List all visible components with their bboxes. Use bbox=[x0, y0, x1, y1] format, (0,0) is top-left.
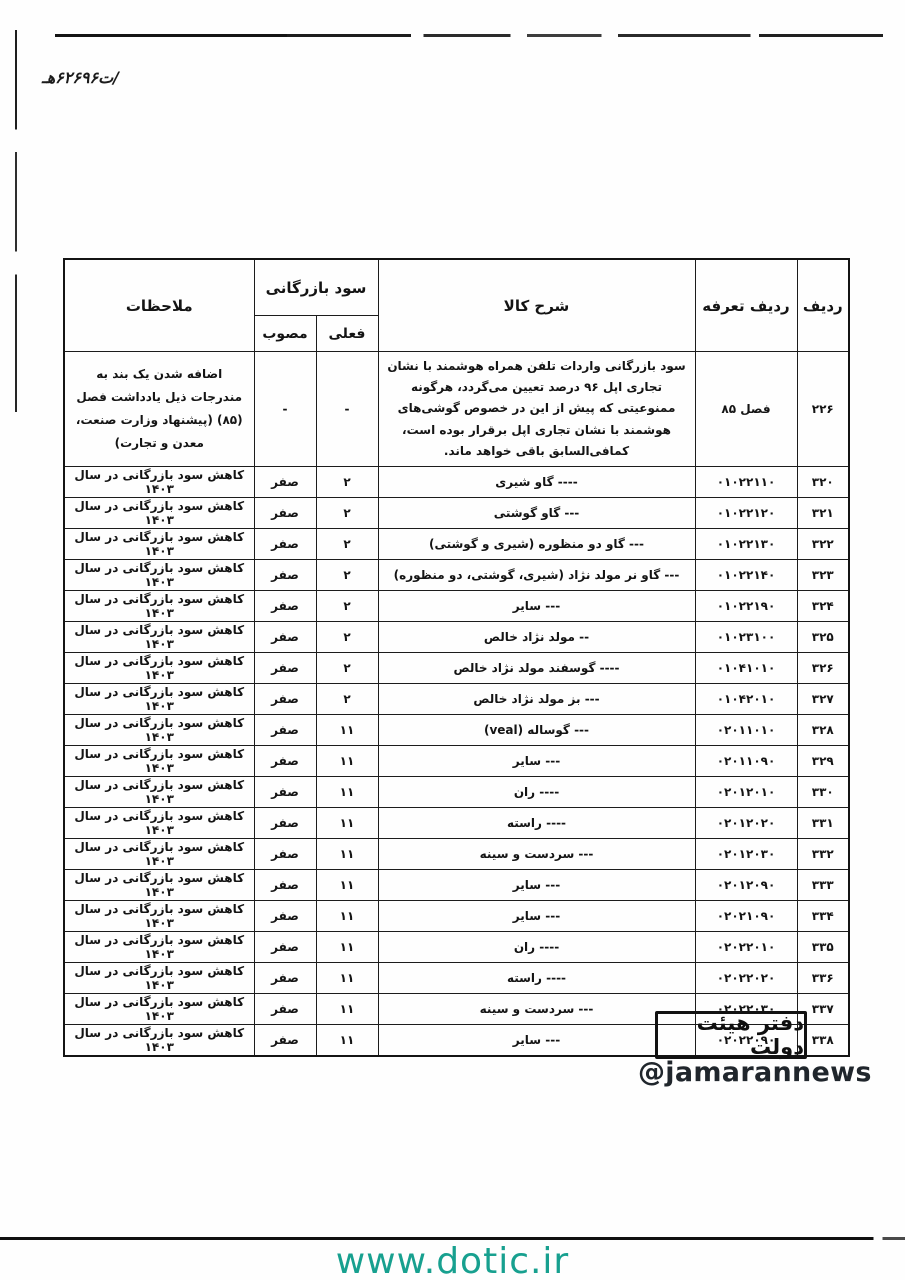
cell-approved: صفر bbox=[254, 932, 316, 963]
cell-description: --- سایر bbox=[378, 870, 695, 901]
cell-approved: صفر bbox=[254, 467, 316, 498]
cell-radif: ۳۳۶ bbox=[797, 963, 849, 994]
cell-approved: صفر bbox=[254, 653, 316, 684]
cell-approved: - bbox=[254, 352, 316, 467]
cell-approved: صفر bbox=[254, 994, 316, 1025]
cell-current: ۱۱ bbox=[316, 994, 378, 1025]
cell-description: --- سردست و سینه bbox=[378, 839, 695, 870]
header-remarks: ملاحظات bbox=[64, 259, 254, 352]
cell-current: ۱۱ bbox=[316, 901, 378, 932]
cell-approved: صفر bbox=[254, 622, 316, 653]
cell-remarks: اضافه شدن یک بند به مندرجات ذیل یادداشت … bbox=[64, 352, 254, 467]
stamp-label: دفتر هیئت دولت bbox=[658, 1011, 804, 1059]
cell-radif: ۳۳۲ bbox=[797, 839, 849, 870]
cell-tariff: ۰۲۰۱۲۰۲۰ bbox=[695, 808, 797, 839]
table-row: ۳۲۸ ۰۲۰۱۱۰۱۰ --- گوساله (veal) ۱۱ صفر کا… bbox=[64, 715, 849, 746]
cell-remarks: کاهش سود بازرگانی در سال ۱۴۰۳ bbox=[64, 963, 254, 994]
cell-remarks: کاهش سود بازرگانی در سال ۱۴۰۳ bbox=[64, 839, 254, 870]
cell-description: ---- ران bbox=[378, 777, 695, 808]
table-row: ۳۳۰ ۰۲۰۱۲۰۱۰ ---- ران ۱۱ صفر کاهش سود با… bbox=[64, 777, 849, 808]
cell-current: ۲ bbox=[316, 498, 378, 529]
table-row: ۳۳۶ ۰۲۰۲۲۰۲۰ ---- راسته ۱۱ صفر کاهش سود … bbox=[64, 963, 849, 994]
cell-description: ---- راسته bbox=[378, 808, 695, 839]
cell-radif: ۳۲۶ bbox=[797, 653, 849, 684]
cell-tariff: ۰۲۰۲۲۰۲۰ bbox=[695, 963, 797, 994]
cell-radif: ۳۲۲ bbox=[797, 529, 849, 560]
cell-radif: ۳۲۳ bbox=[797, 560, 849, 591]
table-row: ۳۲۶ ۰۱۰۴۱۰۱۰ ---- گوسفند مولد نژاد خالص … bbox=[64, 653, 849, 684]
cell-current: ۲ bbox=[316, 529, 378, 560]
table-row: ۳۲۲ ۰۱۰۲۲۱۳۰ --- گاو دو منظوره (شیری و گ… bbox=[64, 529, 849, 560]
cell-approved: صفر bbox=[254, 777, 316, 808]
cell-current: - bbox=[316, 352, 378, 467]
header-tariff-row: ردیف تعرفه bbox=[695, 259, 797, 352]
cell-radif: ۳۳۵ bbox=[797, 932, 849, 963]
cell-description: --- سایر bbox=[378, 746, 695, 777]
table-row: ۳۲۱ ۰۱۰۲۲۱۲۰ --- گاو گوشتی ۲ صفر کاهش سو… bbox=[64, 498, 849, 529]
cell-description: --- گاو دو منظوره (شیری و گوشتی) bbox=[378, 529, 695, 560]
cell-remarks: کاهش سود بازرگانی در سال ۱۴۰۳ bbox=[64, 994, 254, 1025]
cell-tariff: ۰۱۰۲۲۱۳۰ bbox=[695, 529, 797, 560]
cell-description: --- گاو گوشتی bbox=[378, 498, 695, 529]
cell-tariff: ۰۲۰۲۲۰۱۰ bbox=[695, 932, 797, 963]
cell-tariff: ۰۱۰۲۲۱۱۰ bbox=[695, 467, 797, 498]
cell-approved: صفر bbox=[254, 684, 316, 715]
cell-radif: ۳۲۴ bbox=[797, 591, 849, 622]
cell-radif: ۳۳۴ bbox=[797, 901, 849, 932]
footer-url: www.dotic.ir bbox=[0, 1241, 905, 1280]
cell-current: ۱۱ bbox=[316, 932, 378, 963]
cell-approved: صفر bbox=[254, 1025, 316, 1057]
cell-remarks: کاهش سود بازرگانی در سال ۱۴۰۳ bbox=[64, 870, 254, 901]
cell-current: ۲ bbox=[316, 591, 378, 622]
cell-remarks: کاهش سود بازرگانی در سال ۱۴۰۳ bbox=[64, 529, 254, 560]
cell-remarks: کاهش سود بازرگانی در سال ۱۴۰۳ bbox=[64, 1025, 254, 1057]
cell-current: ۱۱ bbox=[316, 870, 378, 901]
cell-approved: صفر bbox=[254, 808, 316, 839]
cell-approved: صفر bbox=[254, 839, 316, 870]
cell-current: ۲ bbox=[316, 684, 378, 715]
table-row: ۳۲۷ ۰۱۰۴۲۰۱۰ --- بز مولد نژاد خالص ۲ صفر… bbox=[64, 684, 849, 715]
cell-tariff: ۰۲۰۲۱۰۹۰ bbox=[695, 901, 797, 932]
table-row: ۳۲۵ ۰۱۰۲۳۱۰۰ -- مولد نژاد خالص ۲ صفر کاه… bbox=[64, 622, 849, 653]
cell-radif: ۳۲۷ bbox=[797, 684, 849, 715]
cell-approved: صفر bbox=[254, 746, 316, 777]
cell-description: ---- گوسفند مولد نژاد خالص bbox=[378, 653, 695, 684]
cell-tariff: فصل ۸۵ bbox=[695, 352, 797, 467]
cell-description: --- سردست و سینه bbox=[378, 994, 695, 1025]
cell-description: ---- راسته bbox=[378, 963, 695, 994]
cell-description: سود بازرگانی واردات تلفن همراه هوشمند با… bbox=[378, 352, 695, 467]
scan-edge-top-line bbox=[55, 34, 883, 37]
cell-radif: ۳۲۱ bbox=[797, 498, 849, 529]
table-row: ۳۲۹ ۰۲۰۱۱۰۹۰ --- سایر ۱۱ صفر کاهش سود با… bbox=[64, 746, 849, 777]
cell-description: --- سایر bbox=[378, 1025, 695, 1057]
table-row: ۳۳۱ ۰۲۰۱۲۰۲۰ ---- راسته ۱۱ صفر کاهش سود … bbox=[64, 808, 849, 839]
cell-radif: ۳۲۰ bbox=[797, 467, 849, 498]
footer-divider-line bbox=[0, 1237, 905, 1240]
header-description: شرح کالا bbox=[378, 259, 695, 352]
cell-radif: ۳۲۸ bbox=[797, 715, 849, 746]
table-row: ۳۲۳ ۰۱۰۲۲۱۴۰ --- گاو نر مولد نژاد (شیری،… bbox=[64, 560, 849, 591]
cell-radif: ۳۳۳ bbox=[797, 870, 849, 901]
table-row: ۳۳۲ ۰۲۰۱۲۰۳۰ --- سردست و سینه ۱۱ صفر کاه… bbox=[64, 839, 849, 870]
cell-description: --- سایر bbox=[378, 901, 695, 932]
cell-description: ---- گاو شیری bbox=[378, 467, 695, 498]
cell-description: --- گاو نر مولد نژاد (شیری، گوشتی، دو من… bbox=[378, 560, 695, 591]
cell-tariff: ۰۱۰۲۲۱۴۰ bbox=[695, 560, 797, 591]
scanned-document-page: { "page": { "doc_number": "/ت۶۲۶۹۶هـ", "… bbox=[0, 0, 905, 1280]
cell-current: ۲ bbox=[316, 622, 378, 653]
cell-tariff: ۰۲۰۱۲۰۳۰ bbox=[695, 839, 797, 870]
tariff-table-header: ردیف ردیف تعرفه شرح کالا سود بازرگانی مل… bbox=[64, 259, 849, 352]
cell-tariff: ۰۱۰۴۱۰۱۰ bbox=[695, 653, 797, 684]
cell-current: ۱۱ bbox=[316, 808, 378, 839]
cell-current: ۱۱ bbox=[316, 963, 378, 994]
cell-current: ۱۱ bbox=[316, 715, 378, 746]
table-row: ۳۲۴ ۰۱۰۲۲۱۹۰ --- سایر ۲ صفر کاهش سود باز… bbox=[64, 591, 849, 622]
cell-remarks: کاهش سود بازرگانی در سال ۱۴۰۳ bbox=[64, 901, 254, 932]
table-row: ۳۳۳ ۰۲۰۱۲۰۹۰ --- سایر ۱۱ صفر کاهش سود با… bbox=[64, 870, 849, 901]
cell-tariff: ۰۱۰۲۲۱۲۰ bbox=[695, 498, 797, 529]
cell-approved: صفر bbox=[254, 591, 316, 622]
channel-watermark: @jamarannews bbox=[638, 1057, 838, 1088]
cell-current: ۱۱ bbox=[316, 746, 378, 777]
cell-tariff: ۰۲۰۱۲۰۹۰ bbox=[695, 870, 797, 901]
cell-approved: صفر bbox=[254, 498, 316, 529]
cell-approved: صفر bbox=[254, 963, 316, 994]
cell-radif: ۳۳۱ bbox=[797, 808, 849, 839]
cell-tariff: ۰۱۰۲۲۱۹۰ bbox=[695, 591, 797, 622]
cell-remarks: کاهش سود بازرگانی در سال ۱۴۰۳ bbox=[64, 932, 254, 963]
cell-description: --- بز مولد نژاد خالص bbox=[378, 684, 695, 715]
cell-tariff: ۰۱۰۲۳۱۰۰ bbox=[695, 622, 797, 653]
document-number: /ت۶۲۶۹۶هـ bbox=[42, 68, 119, 87]
cell-tariff: ۰۲۰۱۱۰۹۰ bbox=[695, 746, 797, 777]
government-office-stamp: دفتر هیئت دولت bbox=[655, 1011, 807, 1059]
table-row: ۳۳۵ ۰۲۰۲۲۰۱۰ ---- ران ۱۱ صفر کاهش سود با… bbox=[64, 932, 849, 963]
table-row: ۳۲۰ ۰۱۰۲۲۱۱۰ ---- گاو شیری ۲ صفر کاهش سو… bbox=[64, 467, 849, 498]
cell-description: ---- ران bbox=[378, 932, 695, 963]
cell-remarks: کاهش سود بازرگانی در سال ۱۴۰۳ bbox=[64, 653, 254, 684]
cell-remarks: کاهش سود بازرگانی در سال ۱۴۰۳ bbox=[64, 560, 254, 591]
cell-current: ۲ bbox=[316, 653, 378, 684]
cell-approved: صفر bbox=[254, 560, 316, 591]
cell-tariff: ۰۲۰۱۲۰۱۰ bbox=[695, 777, 797, 808]
cell-remarks: کاهش سود بازرگانی در سال ۱۴۰۳ bbox=[64, 684, 254, 715]
cell-approved: صفر bbox=[254, 870, 316, 901]
cell-current: ۱۱ bbox=[316, 1025, 378, 1057]
cell-radif: ۳۲۵ bbox=[797, 622, 849, 653]
cell-current: ۱۱ bbox=[316, 839, 378, 870]
cell-radif: ۳۲۹ bbox=[797, 746, 849, 777]
header-approved: مصوب bbox=[254, 316, 316, 352]
cell-radif: ۳۳۰ bbox=[797, 777, 849, 808]
cell-current: ۱۱ bbox=[316, 777, 378, 808]
table-row-chapter85: ۲۲۶ فصل ۸۵ سود بازرگانی واردات تلفن همرا… bbox=[64, 352, 849, 467]
scan-edge-left-line bbox=[15, 30, 17, 412]
cell-approved: صفر bbox=[254, 901, 316, 932]
cell-current: ۲ bbox=[316, 467, 378, 498]
cell-remarks: کاهش سود بازرگانی در سال ۱۴۰۳ bbox=[64, 715, 254, 746]
header-radif: ردیف bbox=[797, 259, 849, 352]
cell-remarks: کاهش سود بازرگانی در سال ۱۴۰۳ bbox=[64, 591, 254, 622]
cell-tariff: ۰۲۰۱۱۰۱۰ bbox=[695, 715, 797, 746]
cell-remarks: کاهش سود بازرگانی در سال ۱۴۰۳ bbox=[64, 777, 254, 808]
cell-radif: ۲۲۶ bbox=[797, 352, 849, 467]
table-row: ۳۳۴ ۰۲۰۲۱۰۹۰ --- سایر ۱۱ صفر کاهش سود با… bbox=[64, 901, 849, 932]
header-current: فعلی bbox=[316, 316, 378, 352]
cell-description: -- مولد نژاد خالص bbox=[378, 622, 695, 653]
cell-remarks: کاهش سود بازرگانی در سال ۱۴۰۳ bbox=[64, 808, 254, 839]
cell-approved: صفر bbox=[254, 529, 316, 560]
header-profit-group: سود بازرگانی bbox=[254, 259, 378, 316]
cell-remarks: کاهش سود بازرگانی در سال ۱۴۰۳ bbox=[64, 746, 254, 777]
cell-description: --- گوساله (veal) bbox=[378, 715, 695, 746]
cell-tariff: ۰۱۰۴۲۰۱۰ bbox=[695, 684, 797, 715]
tariff-table: ردیف ردیف تعرفه شرح کالا سود بازرگانی مل… bbox=[63, 258, 850, 1057]
tariff-table-body: ۲۲۶ فصل ۸۵ سود بازرگانی واردات تلفن همرا… bbox=[64, 352, 849, 1057]
cell-current: ۲ bbox=[316, 560, 378, 591]
cell-approved: صفر bbox=[254, 715, 316, 746]
cell-remarks: کاهش سود بازرگانی در سال ۱۴۰۳ bbox=[64, 622, 254, 653]
cell-remarks: کاهش سود بازرگانی در سال ۱۴۰۳ bbox=[64, 467, 254, 498]
cell-description: --- سایر bbox=[378, 591, 695, 622]
cell-remarks: کاهش سود بازرگانی در سال ۱۴۰۳ bbox=[64, 498, 254, 529]
